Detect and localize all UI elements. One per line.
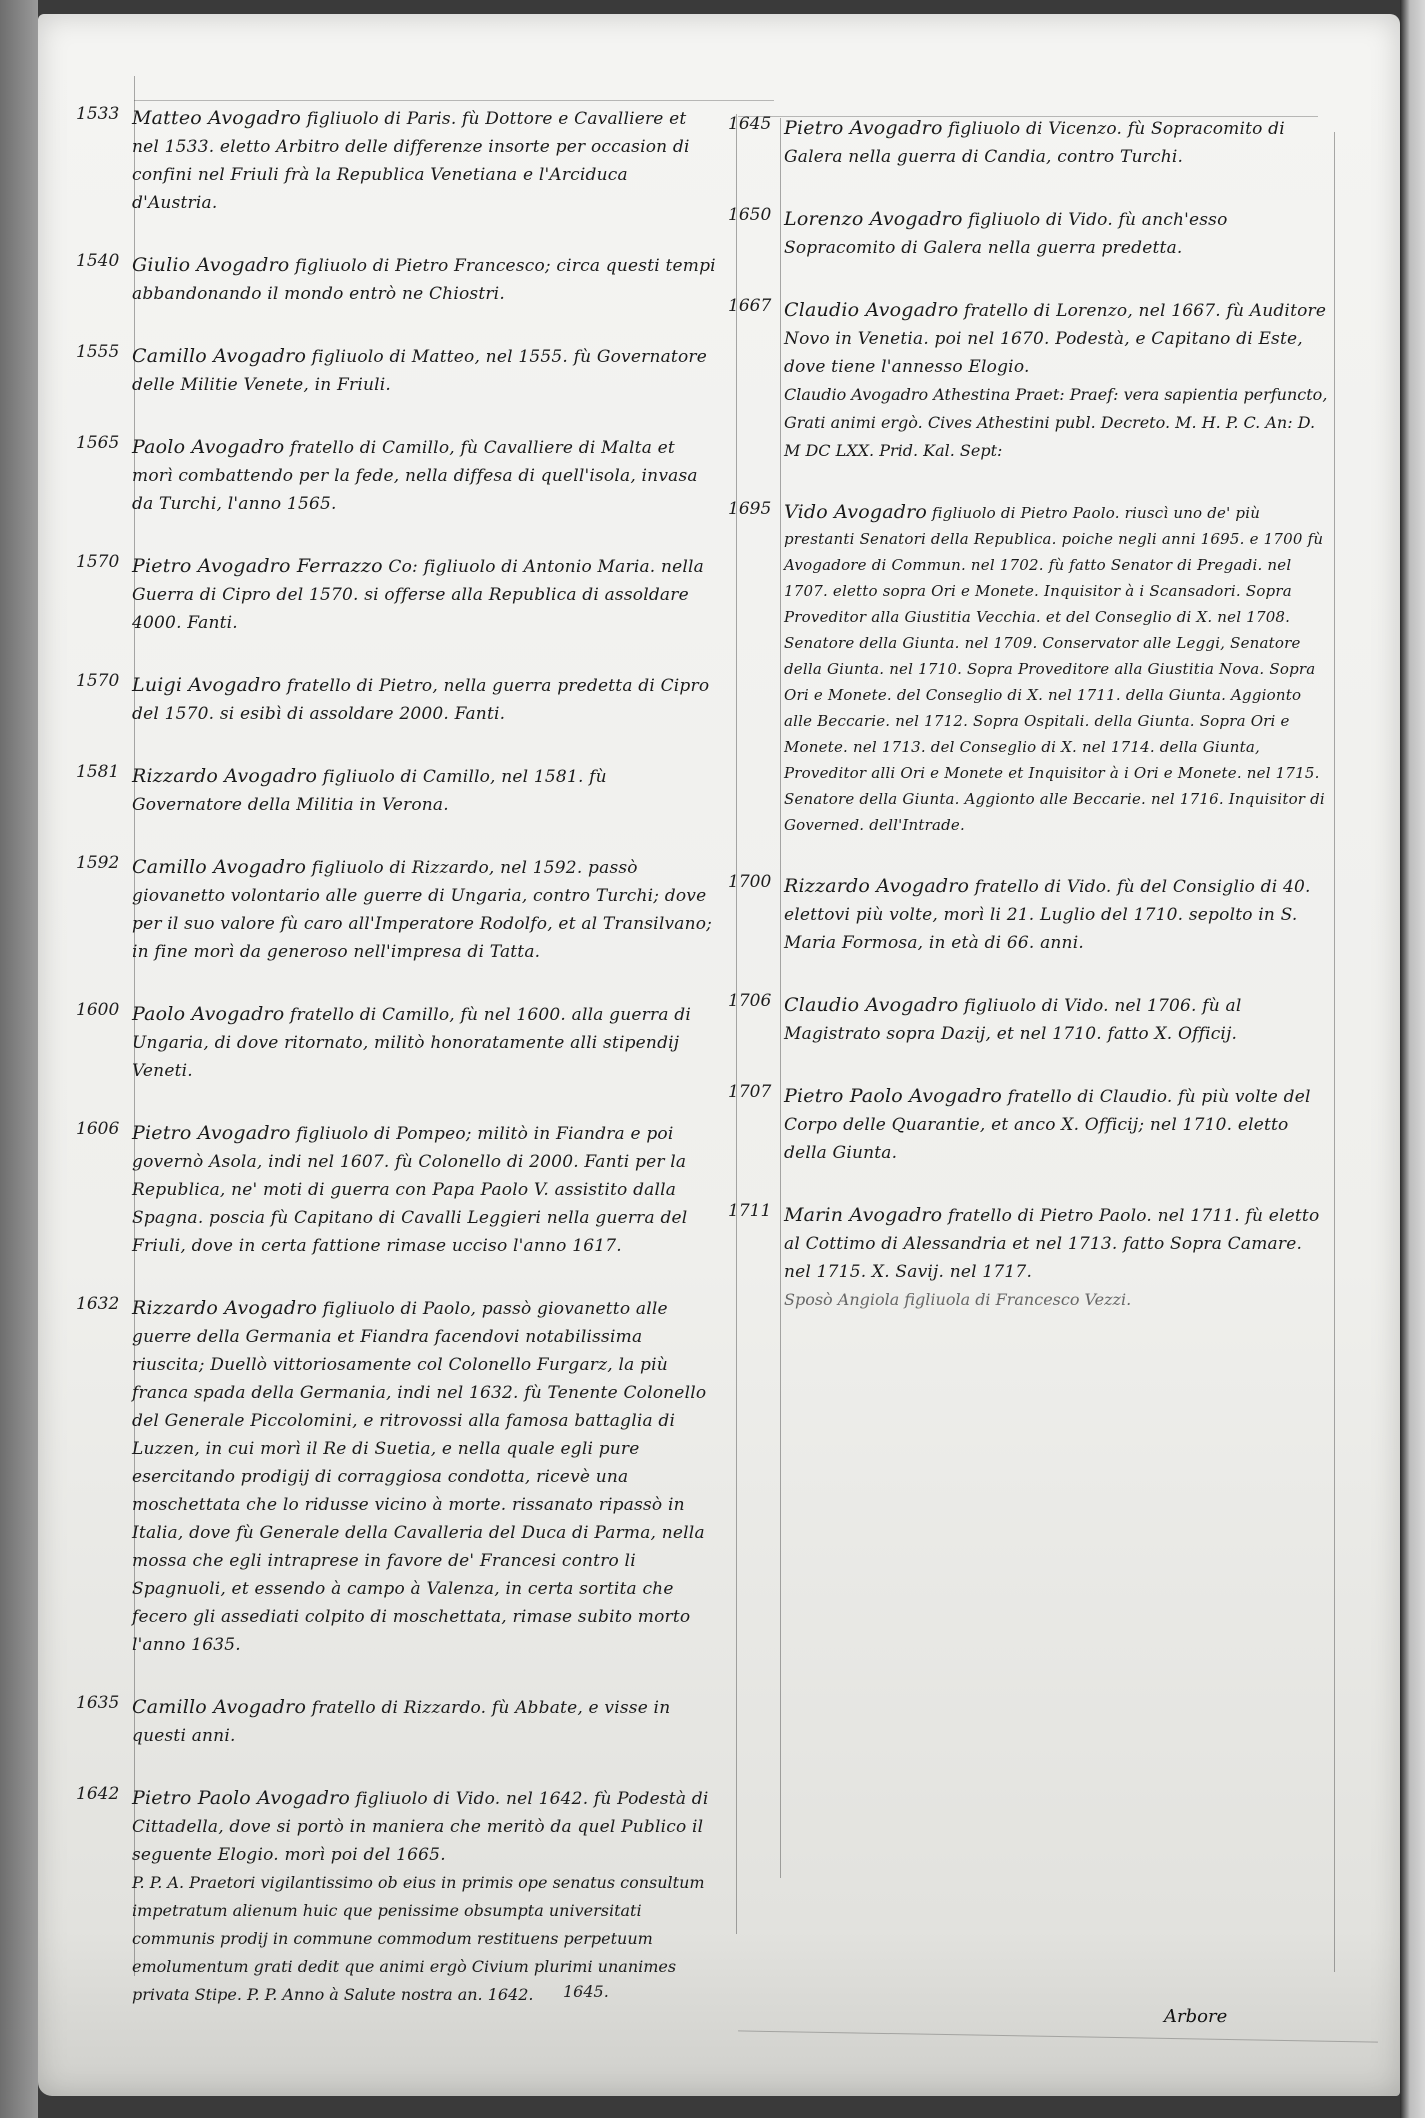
entry-year: 1667 xyxy=(728,296,771,316)
elogio-inscription: P. P. A. Praetori vigilantissimo ob eius… xyxy=(132,1869,716,2009)
entry-name: Pietro Avogadro Ferrazzo xyxy=(132,555,383,577)
register-entry: 1570 Pietro Avogadro Ferrazzo Co: figliu… xyxy=(76,552,716,637)
entry-name: Pietro Paolo Avogadro xyxy=(132,1787,350,1809)
entry-year: 1642 xyxy=(76,1784,119,1804)
entry-year: 1711 xyxy=(728,1201,771,1221)
entry-year: 1632 xyxy=(76,1294,119,1314)
entry-year: 1533 xyxy=(76,104,119,124)
entry-year: 1650 xyxy=(728,205,771,225)
entry-year: 1570 xyxy=(76,671,119,691)
entry-name: Claudio Avogadro xyxy=(784,994,958,1016)
entry-name: Marin Avogadro xyxy=(784,1204,942,1226)
register-entry: 1581 Rizzardo Avogadro figliuolo di Cami… xyxy=(76,762,716,819)
bottom-rule xyxy=(738,2030,1378,2042)
register-entry: 1635 Camillo Avogadro fratello di Rizzar… xyxy=(76,1693,716,1750)
entry-year: 1581 xyxy=(76,762,119,782)
entry-name: Lorenzo Avogadro xyxy=(784,208,963,230)
register-entry: 1533 Matteo Avogadro figliuolo di Paris.… xyxy=(76,104,716,217)
register-entry: 1642 Pietro Paolo Avogadro figliuolo di … xyxy=(76,1784,716,2009)
register-entry: 1650 Lorenzo Avogadro figliuolo di Vido.… xyxy=(728,205,1328,262)
entry-year: 1695 xyxy=(728,499,771,519)
entry-name: Rizzardo Avogadro xyxy=(132,765,317,787)
entry-text: figliuolo di Pietro Paolo. riuscì uno de… xyxy=(784,504,1325,834)
register-entry: 1706 Claudio Avogadro figliuolo di Vido.… xyxy=(728,991,1328,1048)
entry-name: Camillo Avogadro xyxy=(132,345,306,367)
entry-name: Paolo Avogadro xyxy=(132,436,284,458)
register-entry: 1565 Paolo Avogadro fratello di Camillo,… xyxy=(76,433,716,518)
register-entry: 1645 Pietro Avogadro figliuolo di Vicenz… xyxy=(728,114,1328,171)
entry-year: 1592 xyxy=(76,853,119,873)
page-left-edge xyxy=(0,0,38,2118)
entry-name: Pietro Avogadro xyxy=(132,1122,291,1144)
entry-name: Rizzardo Avogadro xyxy=(784,875,969,897)
register-entry: 1667 Claudio Avogadro fratello di Lorenz… xyxy=(728,296,1328,465)
entry-name: Camillo Avogadro xyxy=(132,1696,306,1718)
entry-year: 1540 xyxy=(76,251,119,271)
entry-name: Rizzardo Avogadro xyxy=(132,1297,317,1319)
entry-year: 1565 xyxy=(76,433,119,453)
entry-name: Matteo Avogadro xyxy=(132,107,301,129)
entry-name: Pietro Paolo Avogadro xyxy=(784,1085,1002,1107)
register-entry: 1606 Pietro Avogadro figliuolo di Pompeo… xyxy=(76,1119,716,1260)
entry-name: Pietro Avogadro xyxy=(784,117,943,139)
register-entry: 1711 Marin Avogadro fratello di Pietro P… xyxy=(728,1201,1328,1314)
register-entry: 1555 Camillo Avogadro figliuolo di Matte… xyxy=(76,342,716,399)
register-entry: 1695 Vido Avogadro figliuolo di Pietro P… xyxy=(728,499,1328,838)
entry-name: Giulio Avogadro xyxy=(132,254,289,276)
entry-name: Vido Avogadro xyxy=(784,501,927,523)
right-margin-rule xyxy=(1334,132,1335,1972)
entry-year: 1706 xyxy=(728,991,771,1011)
entry-year: 1645 xyxy=(728,114,771,134)
register-entry: 1700 Rizzardo Avogadro fratello di Vido.… xyxy=(728,872,1328,957)
entry-name: Paolo Avogadro xyxy=(132,1003,284,1025)
register-entry: 1540 Giulio Avogadro figliuolo di Pietro… xyxy=(76,251,716,308)
entry-name: Claudio Avogadro xyxy=(784,299,958,321)
entry-year: 1570 xyxy=(76,552,119,572)
entry-year: 1600 xyxy=(76,1000,119,1020)
entry-year: 1606 xyxy=(76,1119,119,1139)
top-rule-left xyxy=(134,100,774,101)
faint-annotation: Sposò Angiola figliuola di Francesco Vez… xyxy=(784,1286,1328,1314)
catchword: Arbore xyxy=(1164,2006,1227,2027)
entry-year: 1707 xyxy=(728,1082,771,1102)
entry-name: Camillo Avogadro xyxy=(132,856,306,878)
entry-year: 1555 xyxy=(76,342,119,362)
entry-text: figliuolo di Paolo, passò giovanetto all… xyxy=(132,1299,706,1655)
register-entry: 1600 Paolo Avogadro fratello di Camillo,… xyxy=(76,1000,716,1085)
register-entry: 1632 Rizzardo Avogadro figliuolo di Paol… xyxy=(76,1294,716,1659)
entry-year: 1635 xyxy=(76,1693,119,1713)
page-right-edge xyxy=(1400,0,1425,2118)
entry-name: Luigi Avogadro xyxy=(132,674,281,696)
left-column: 1533 Matteo Avogadro figliuolo di Paris.… xyxy=(76,104,716,2043)
entry-year: 1700 xyxy=(728,872,771,892)
elogio-inscription: Claudio Avogadro Athestina Praet: Praef:… xyxy=(784,381,1328,465)
right-column: 1645 Pietro Avogadro figliuolo di Vicenz… xyxy=(728,164,1328,1348)
register-entry: 1707 Pietro Paolo Avogadro fratello di C… xyxy=(728,1082,1328,1167)
footer-year-mark: 1645. xyxy=(563,1982,609,2001)
register-entry: 1592 Camillo Avogadro figliuolo di Rizza… xyxy=(76,853,716,966)
register-entry: 1570 Luigi Avogadro fratello di Pietro, … xyxy=(76,671,716,728)
